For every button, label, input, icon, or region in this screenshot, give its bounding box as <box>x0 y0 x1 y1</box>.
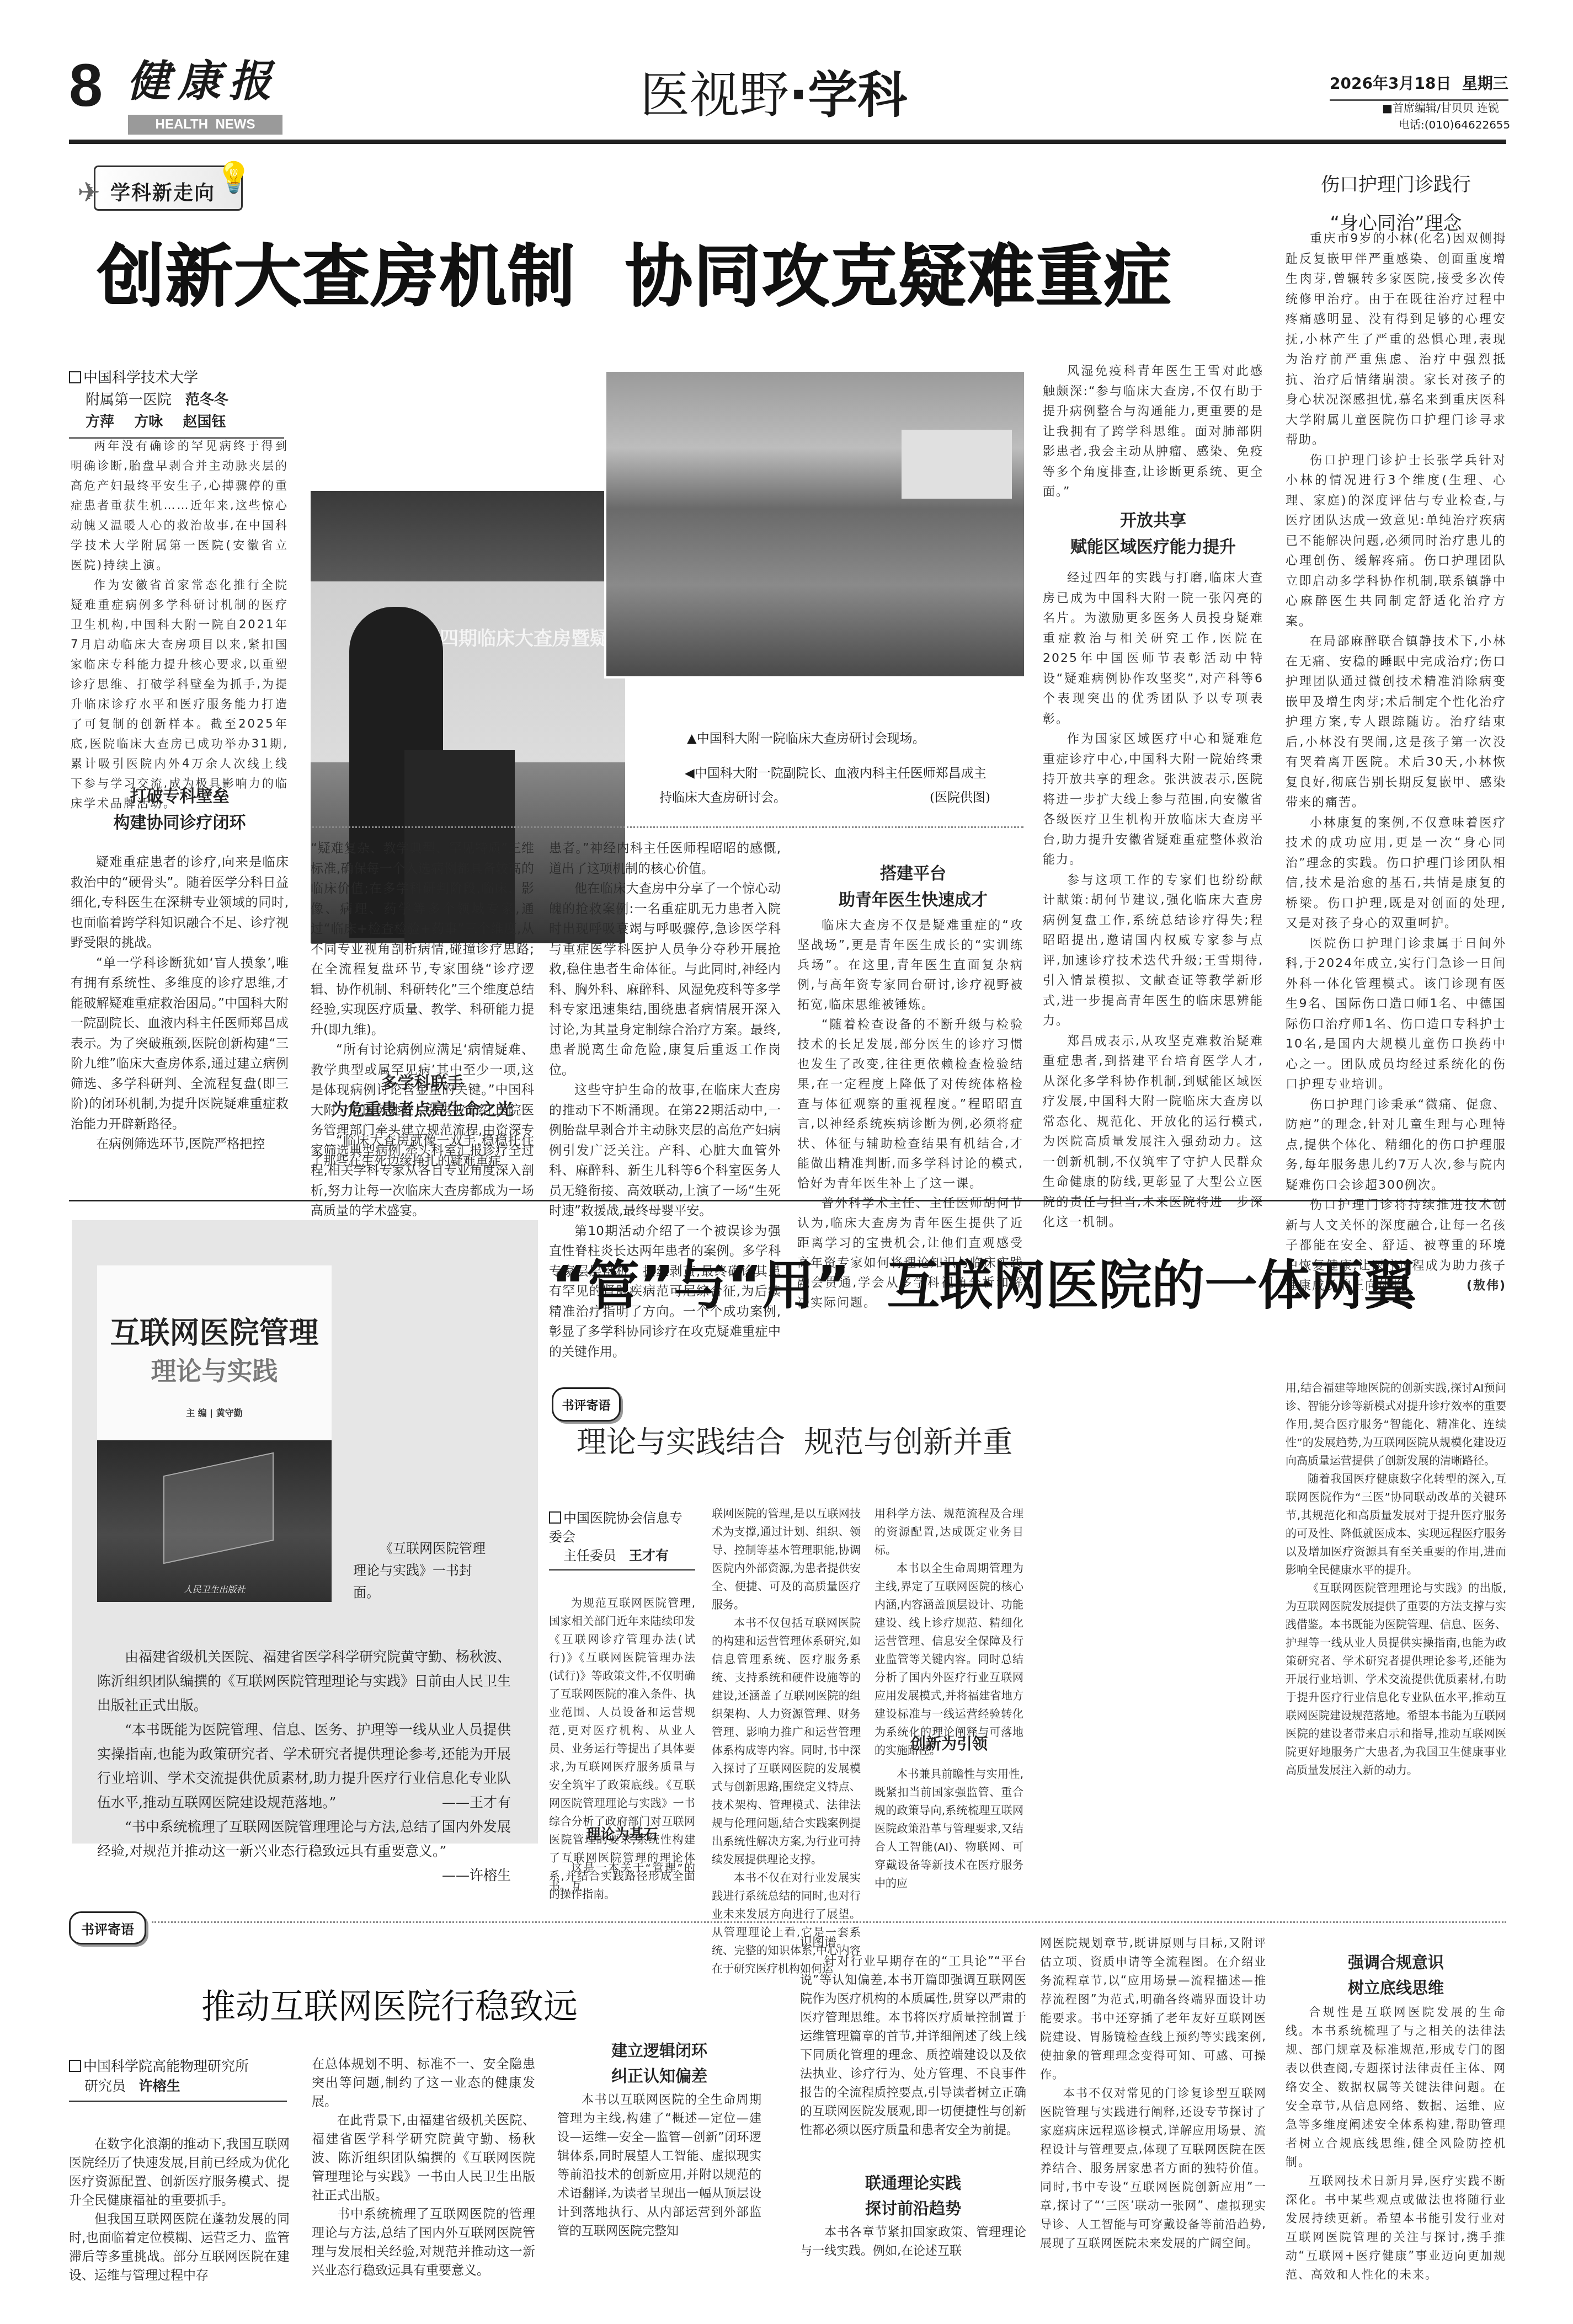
badge-book-review: 书评寄语 <box>552 1387 621 1422</box>
section-title: 医视野·学科 <box>640 65 907 126</box>
photo-screen-text: 第四期临床大查房暨疑难病 <box>421 623 625 650</box>
book-cover-caption: 《互联网医院管理理论与实践》一书封面。 <box>353 1537 491 1604</box>
byline-org: 中国科学技术大学 <box>83 370 198 386</box>
paper-logo: 健康报 <box>127 55 279 108</box>
book-box-text: 由福建省级机关医院、福建省医学科学研究院黄守勤、杨秋波、陈沂组织团队编撰的《互联… <box>97 1645 511 1888</box>
headline-main: 创新大查房机制 协同攻克疑难重症 <box>97 234 1172 317</box>
article1-col5: 经过四年的实践与打磨,临床大查房已成为中国科大附一院一张闪亮的名片。为激励更多医… <box>1043 568 1263 1233</box>
byline-author: 范冬冬 <box>185 392 228 408</box>
section-title-b: 学科 <box>808 66 907 124</box>
article3-col5: 网医院规划章节,既讲原则与目标,又附评估立项、资质申请等全流程图。在介绍业务流程… <box>1040 1933 1266 2252</box>
article1-col4: 临床大查房不仅是疑难重症的“攻坚战场”,更是青年医生成长的“实训练兵场”。在这里… <box>797 916 1023 1313</box>
editor-credit: ■首席编辑/甘贝贝 连锐 <box>1382 99 1499 115</box>
subhead-article3-c: 强调合规意识 树立底线思维 <box>1286 1950 1506 2001</box>
page-number: 8 <box>69 55 103 116</box>
lightbulb-icon: 💡 <box>215 160 252 195</box>
article2-col1: 为规范互联网医院管理,国家相关部门近年来陆续印发《互联网诊疗管理办法(试行)》《… <box>549 1594 695 1904</box>
projector-screen <box>902 430 1012 499</box>
section-divider-dotted <box>312 826 1023 828</box>
article2-col1b: 这是一本关于“管理”的书。互 <box>549 1859 695 1895</box>
section-divider-dotted-2 <box>152 1921 1506 1923</box>
lead-text: 两年没有确诊的罕见病终于得到明确诊断,胎盘早剥合并主动脉夹层的高危产妇最终平安生… <box>71 436 289 813</box>
lead-paragraph: 两年没有确诊的罕见病终于得到明确诊断,胎盘早剥合并主动脉夹层的高危产妇最终平安生… <box>71 436 289 575</box>
headline-article3: 推动互联网医院行稳致远 <box>201 1985 578 2029</box>
book-cover-editor: 主 编 | 黄守勤 <box>97 1406 332 1419</box>
byline-2: 中国医院协会信息专委会 主任委员 王才有 <box>549 1509 695 1570</box>
subhead-article3-b: 联通理论实践 探讨前沿趋势 <box>800 2171 1026 2221</box>
paper-plane-icon: ✈ <box>77 177 100 209</box>
byline-box-icon <box>69 371 81 383</box>
article3-col3: 本书以互联网医院的全生命周期管理为主线,构建了“概述—定位—建设—运维—安全—监… <box>557 2091 761 2241</box>
article2-col2: 联网医院的管理,是以互联网技术为支撑,通过计划、组织、领导、控制等基本管理职能,… <box>712 1505 861 1978</box>
article3-col1: 在数字化浪潮的推动下,我国互联网医院经历了快速发展,目前已经成为优化医疗资源配置… <box>69 2135 290 2285</box>
masthead: 8 健康报 HEALTH NEWS 医视野·学科 2026年3月18日 星期三 … <box>0 0 1573 149</box>
book-box: 互联网医院管理 理论与实践 主 编 | 黄守勤 人民卫生出版社 《互联网医院管理… <box>72 1220 538 1844</box>
lead-paragraph: 作为安徽省首家常态化推行全院疑难重症病例多学科研讨机制的医疗卫生机构,中国科大附… <box>71 575 289 813</box>
photo-caption-2: ◀中国科大附一院副院长、血液内科主任医师郑昌成主持临床大查房研讨会。 (医院供图… <box>659 761 990 810</box>
article1-col2b: “临床大查房就像一双手,稳稳托住了那些在生死边缘挣扎的疑难重症 <box>311 1131 534 1171</box>
quote-attribution: ——王才有 <box>414 1791 511 1815</box>
subhead-3: 搭建平台 助青年医生快速成才 <box>797 861 1029 913</box>
phone-number: 电话:(010)64622655 <box>1399 116 1510 132</box>
quote-attribution: ——许榕生 <box>414 1863 511 1888</box>
book-cover-graphic <box>163 1452 274 1564</box>
book-cover-title: 互联网医院管理 <box>97 1310 332 1352</box>
badge-book-review-2: 书评寄语 <box>69 1911 146 1944</box>
byline-org2: 附属第一医院 <box>86 392 172 408</box>
column-tag: ✈ 💡 学科新走向 <box>77 160 254 221</box>
article2-col4: 用,结合福建等地医院的创新实践,探讨AI预问诊、智能分诊等新模式对提升诊疗效率的… <box>1286 1379 1506 1780</box>
column-tag-label: 学科新走向 <box>110 178 215 206</box>
photo-caption-1: ▲中国科大附一院临床大查房研讨会现场。 <box>687 728 925 746</box>
subhead-article3-a: 建立逻辑闭环 纠正认知偏差 <box>557 2038 761 2089</box>
subhead-article2-b: 创新为引领 <box>875 1732 1023 1754</box>
subhead-article2: 理论与实践结合 规范与创新并重 <box>577 1423 1012 1462</box>
subhead-article2-a: 理论为基石 <box>549 1823 695 1844</box>
headline-article2: “管”与“用” 互联网医院的一体两翼 <box>552 1255 1416 1316</box>
section-dot: · <box>789 66 808 124</box>
issue-date: 2026年3月18日 星期三 <box>1330 72 1508 101</box>
book-cover-subtitle: 理论与实践 <box>97 1351 332 1387</box>
subhead-2: 多学科联手 为危重患者点亮生命之光 <box>311 1070 534 1123</box>
photo-credit: (医院供图) <box>904 786 990 810</box>
book-cover: 互联网医院管理 理论与实践 主 编 | 黄守勤 人民卫生出版社 <box>97 1265 332 1602</box>
byline-1: 中国科学技术大学 附属第一医院 范冬冬 方萍 方咏 赵国钰 <box>69 367 284 439</box>
article1-bottom-rule <box>69 1200 1506 1201</box>
book-cover-publisher: 人民卫生出版社 <box>97 1583 332 1595</box>
sidebar-author: (敖伟) <box>1442 1276 1506 1296</box>
article3-col4b: 本书各章节紧扣国家政策、管理理论与一线实践。例如,在论述互联 <box>800 2223 1026 2261</box>
sidebar-body: 重庆市9岁的小林(化名)因双侧拇趾反复嵌甲伴严重感染、创面重度增生肉芽,曾辗转多… <box>1286 229 1506 1296</box>
article1-col5-top: 风湿免疫科青年医生王雪对此感触颇深:“参与临床大查房,不仅有助于提升病例整合与沟… <box>1043 361 1263 503</box>
masthead-rule <box>69 140 1506 144</box>
article3-col2: 在总体规划不明、标准不一、安全隐患突出等问题,制约了这一业态的健康发展。 在此背… <box>312 2055 535 2280</box>
article3-col6: 合规性是互联网医院发展的生命线。本书系统梳理了与之相关的法律法规、部门规章及标准… <box>1286 2002 1506 2284</box>
article2-col3: 用科学方法、规范流程及合理的资源配置,达成既定业务目标。 本书以全生命周期管理为… <box>875 1505 1023 1760</box>
article1-col1: 疑难重症患者的诊疗,向来是临床救治中的“硬骨头”。随着医学分科日益细化,专科医生… <box>71 852 289 1155</box>
section-title-a: 医视野 <box>640 66 789 124</box>
article2-col3b: 本书兼具前瞻性与实用性,既紧扣当前国家强监管、重合规的政策导向,系统梳理互联网医… <box>875 1765 1023 1893</box>
article3-col4: 识图谱。 针对行业早期存在的“工具论”“平台说”等认知偏差,本书开篇即强调互联网… <box>800 1933 1026 2140</box>
subhead-4: 开放共享 赋能区域医疗能力提升 <box>1043 507 1263 560</box>
byline-authors: 方萍 方咏 赵国钰 <box>86 414 226 430</box>
byline-3: 中国科学院高能物理研究所 研究员 许榕生 <box>69 2056 287 2102</box>
photo-seminar <box>604 370 1026 678</box>
subhead-1: 打破专科壁垒 构建协同诊疗闭环 <box>71 783 289 836</box>
paper-logo-english: HEALTH NEWS <box>128 115 282 135</box>
